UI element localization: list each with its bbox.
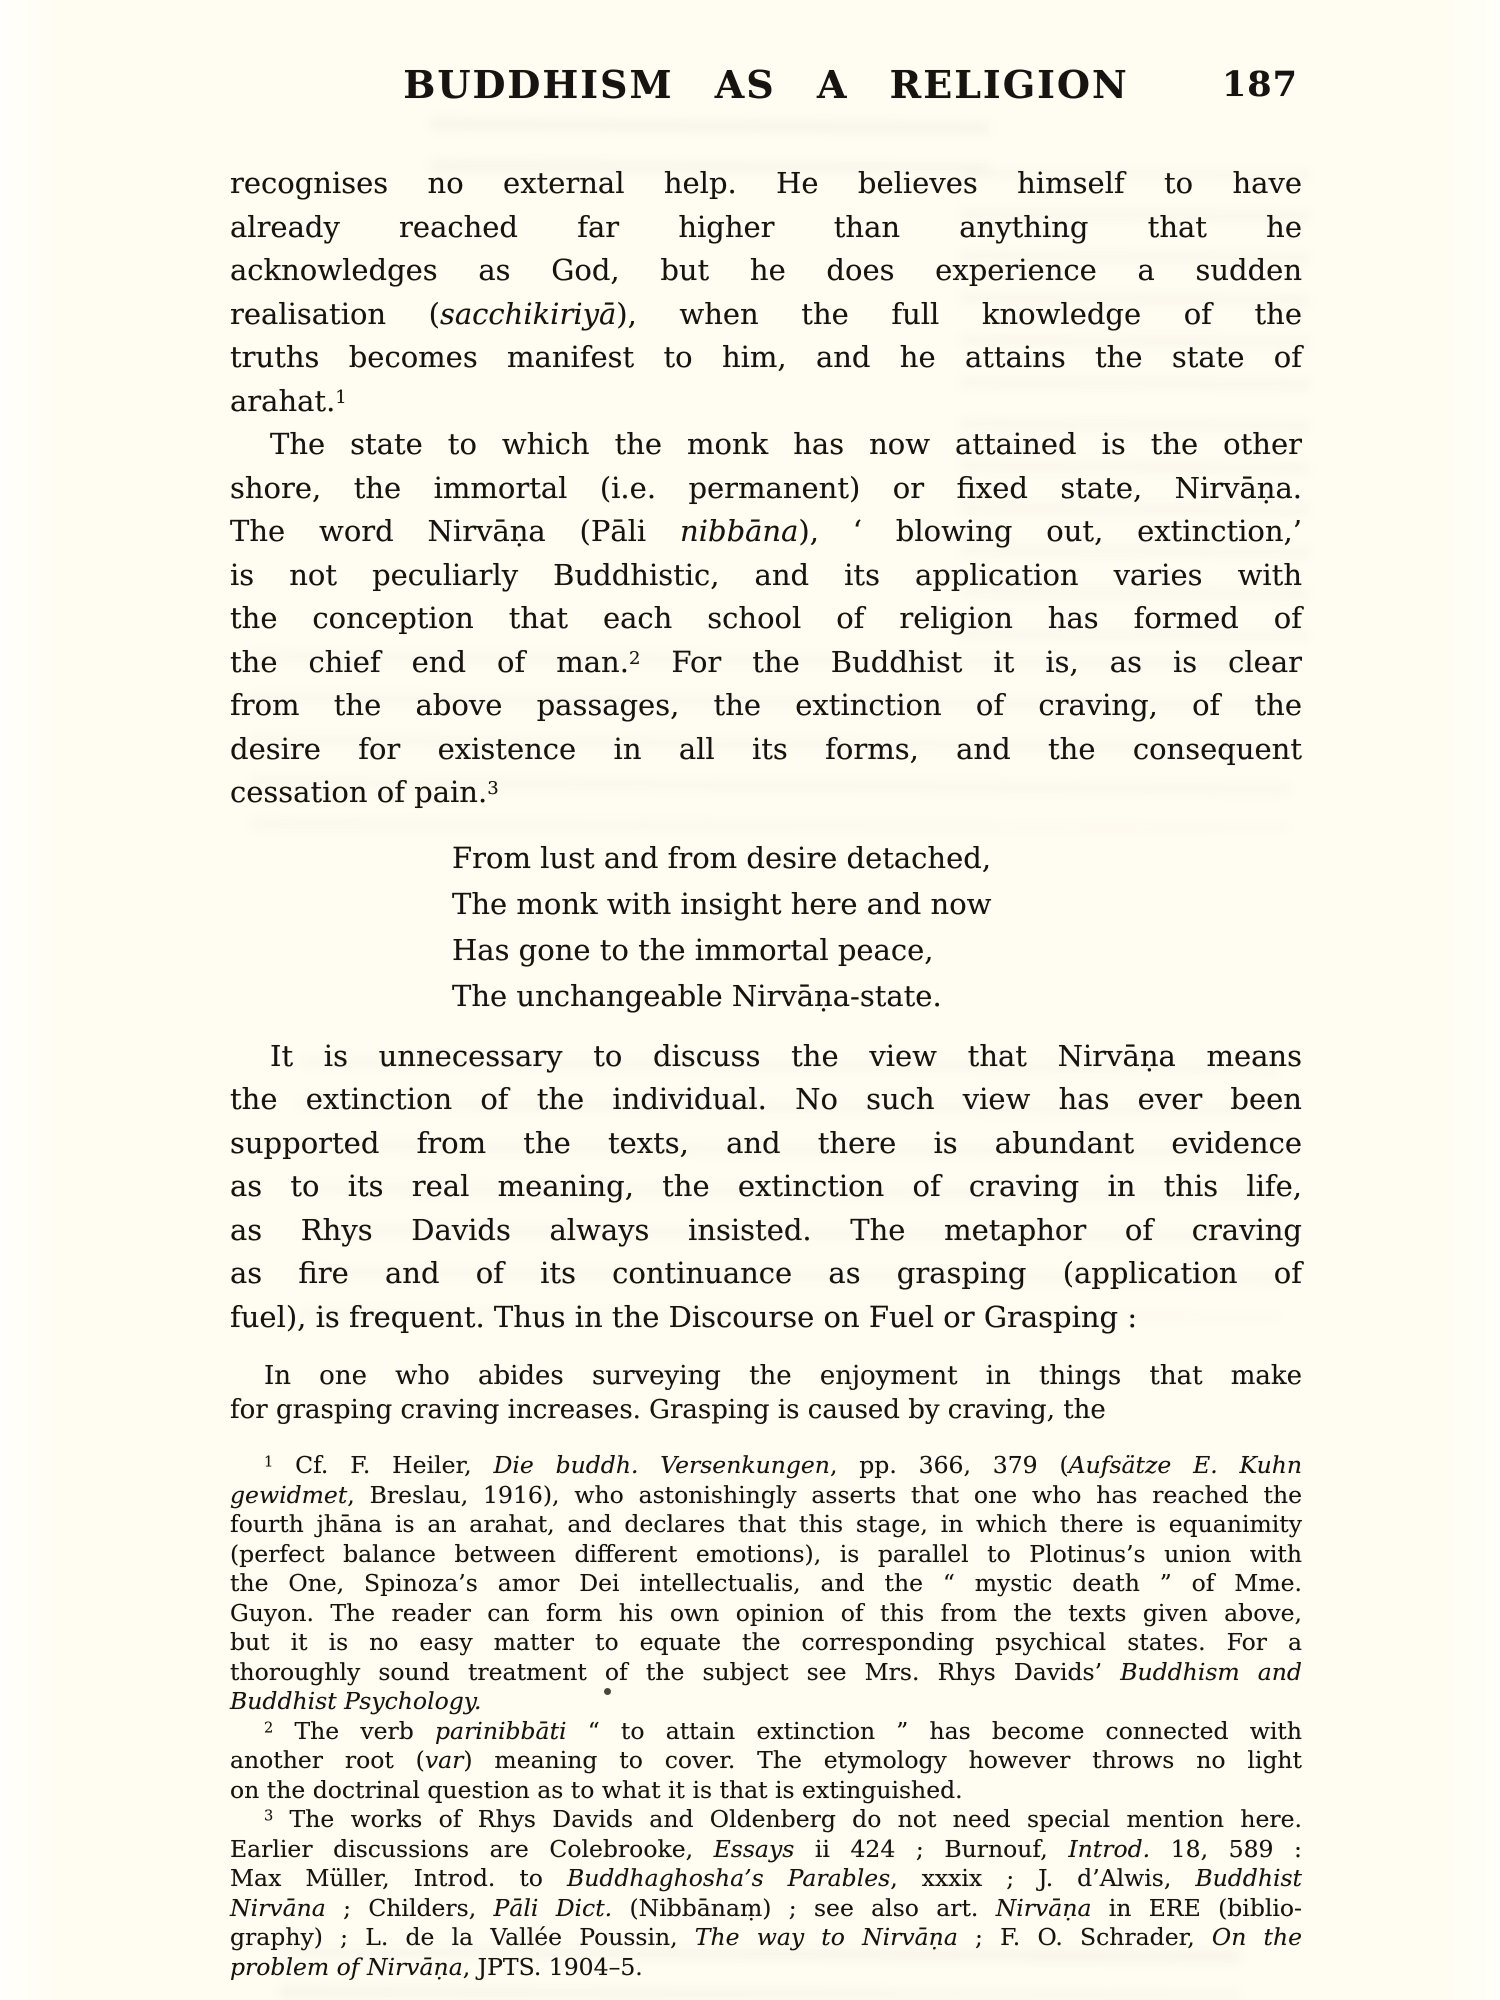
text-line: another root (var) meaning to cover. The… xyxy=(230,1746,1302,1776)
text-line: Has gone to the immortal peace, xyxy=(452,927,1302,973)
text-line: is not peculiarly Buddhistic, and its ap… xyxy=(230,554,1302,598)
page-number: 187 xyxy=(1222,64,1298,105)
text-line: fourth jhāna is an arahat, and declares … xyxy=(230,1510,1302,1540)
text-line: acknowledges as God, but he does experie… xyxy=(230,249,1302,293)
text-line: In one who abides surveying the enjoymen… xyxy=(230,1359,1302,1393)
text-line: desire for existence in all its forms, a… xyxy=(230,728,1302,772)
text-line: arahat.1 xyxy=(230,380,1302,424)
text-line: truths becomes manifest to him, and he a… xyxy=(230,336,1302,380)
text-line: Buddhist Psychology. xyxy=(230,1687,1302,1717)
text-line: the chief end of man.2 For the Buddhist … xyxy=(230,641,1302,685)
text-line: Guyon. The reader can form his own opini… xyxy=(230,1599,1302,1629)
footnote-2: 2 The verb parinibbāti “ to attain extin… xyxy=(230,1717,1302,1806)
text-line: the conception that each school of relig… xyxy=(230,597,1302,641)
verse-extract: From lust and from desire detached,The m… xyxy=(452,835,1302,1019)
text-line: but it is no easy matter to equate the c… xyxy=(230,1628,1302,1658)
text-line: from the above passages, the extinction … xyxy=(230,684,1302,728)
text-line: for grasping craving increases. Grasping… xyxy=(230,1393,1302,1427)
text-line: recognises no external help. He believes… xyxy=(230,162,1302,206)
scanned-book-page: BUDDHISM AS A RELIGION 187 recognises no… xyxy=(0,0,1500,2000)
text-line: fuel), is frequent. Thus in the Discours… xyxy=(230,1296,1302,1340)
text-line: thoroughly sound treatment of the subjec… xyxy=(230,1658,1302,1688)
text-line: Nirvāna ; Childers, Pāli Dict. (Nibbānaṃ… xyxy=(230,1894,1302,1924)
text-line: supported from the texts, and there is a… xyxy=(230,1122,1302,1166)
page-content: BUDDHISM AS A RELIGION 187 recognises no… xyxy=(230,62,1302,1982)
text-line: the extinction of the individual. No suc… xyxy=(230,1078,1302,1122)
text-line: It is unnecessary to discuss the view th… xyxy=(230,1035,1302,1079)
page-header: BUDDHISM AS A RELIGION 187 xyxy=(230,62,1302,114)
text-line: Max Müller, Introd. to Buddhaghosha’s Pa… xyxy=(230,1864,1302,1894)
text-line: 3 The works of Rhys Davids and Oldenberg… xyxy=(230,1805,1302,1835)
text-line: The word Nirvāṇa (Pāli nibbāna), ‘ blowi… xyxy=(230,510,1302,554)
text-line: The state to which the monk has now atta… xyxy=(230,423,1302,467)
text-line: as fire and of its continuance as graspi… xyxy=(230,1252,1302,1296)
text-line: shore, the immortal (i.e. permanent) or … xyxy=(230,467,1302,511)
opening-paragraph: recognises no external help. He believes… xyxy=(230,162,1302,423)
text-line: The unchangeable Nirvāṇa-state. xyxy=(452,973,1302,1019)
text-line: problem of Nirvāṇa, JPTS. 1904–5. xyxy=(230,1953,1302,1983)
text-line: realisation (sacchikiriyā), when the ful… xyxy=(230,293,1302,337)
text-line: cessation of pain.3 xyxy=(230,771,1302,815)
running-title: BUDDHISM AS A RELIGION xyxy=(230,62,1302,107)
text-line: From lust and from desire detached, xyxy=(452,835,1302,881)
text-line: The monk with insight here and now xyxy=(452,881,1302,927)
text-line: on the doctrinal question as to what it … xyxy=(230,1776,1302,1806)
document-text: recognises no external help. He believes… xyxy=(230,162,1302,1982)
discourse-quotation: In one who abides surveying the enjoymen… xyxy=(230,1359,1302,1427)
footnote-3: 3 The works of Rhys Davids and Oldenberg… xyxy=(230,1805,1302,1982)
text-line: as Rhys Davids always insisted. The meta… xyxy=(230,1209,1302,1253)
text-line: graphy) ; L. de la Vallée Poussin, The w… xyxy=(230,1923,1302,1953)
text-line: gewidmet, Breslau, 1916), who astonishin… xyxy=(230,1481,1302,1511)
text-line: already reached far higher than anything… xyxy=(230,206,1302,250)
discussion-paragraph: It is unnecessary to discuss the view th… xyxy=(230,1035,1302,1340)
text-line: as to its real meaning, the extinction o… xyxy=(230,1165,1302,1209)
nirvana-paragraph: The state to which the monk has now atta… xyxy=(230,423,1302,815)
text-line: 2 The verb parinibbāti “ to attain extin… xyxy=(230,1717,1302,1747)
text-line: Earlier discussions are Colebrooke, Essa… xyxy=(230,1835,1302,1865)
text-line: the One, Spinoza’s amor Dei intellectual… xyxy=(230,1569,1302,1599)
text-line: 1 Cf. F. Heiler, Die buddh. Versenkungen… xyxy=(230,1451,1302,1481)
footnote-1: 1 Cf. F. Heiler, Die buddh. Versenkungen… xyxy=(230,1451,1302,1717)
text-line: (perfect balance between different emoti… xyxy=(230,1540,1302,1570)
